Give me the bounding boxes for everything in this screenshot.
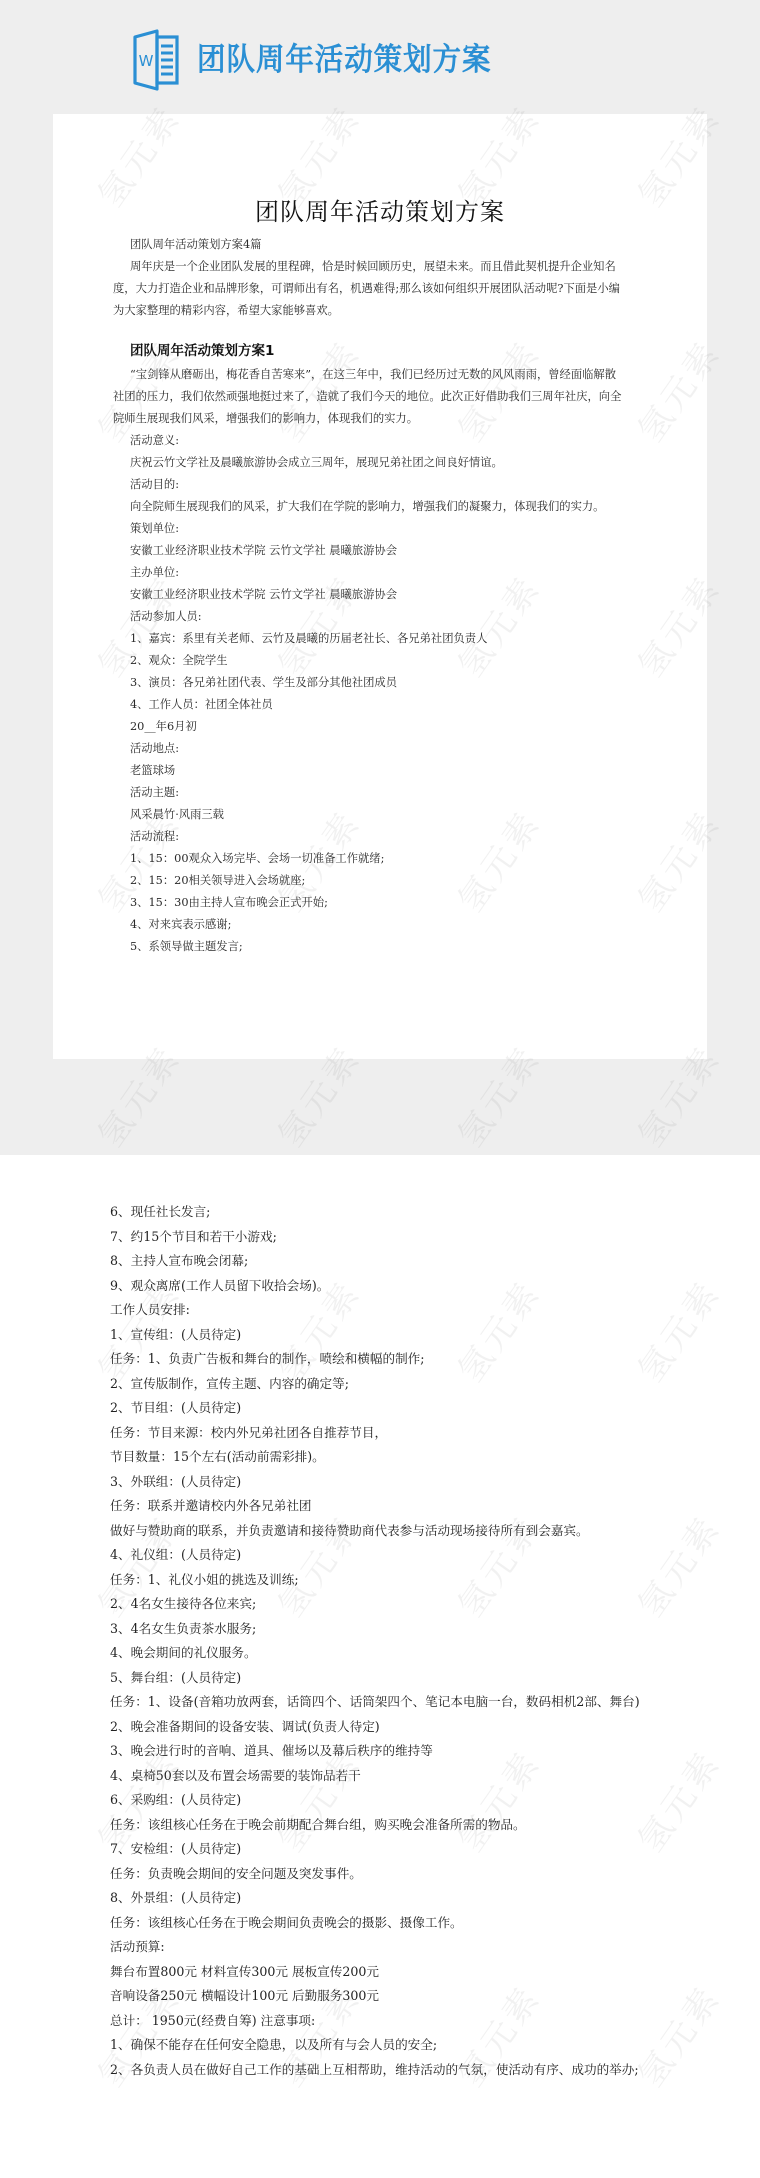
- paragraph-line: 向全院师生展现我们的风采，扩大我们在学院的影响力，增强我们的凝聚力，体现我们的实…: [130, 499, 604, 515]
- paragraph-line: 4、桌椅50套以及布置会场需要的装饰品若干: [110, 1767, 361, 1785]
- header-title: 团队周年活动策划方案: [197, 45, 491, 76]
- paragraph-line: 任务：该组核心任务在于晚会前期配合舞台组，购买晚会准备所需的物品。: [110, 1816, 526, 1834]
- paragraph-line: 总计： 1950元(经费自筹) 注意事项:: [110, 2012, 315, 2030]
- paragraph-line: 4、晚会期间的礼仪服务。: [110, 1644, 257, 1662]
- paragraph-line: 主办单位:: [130, 565, 179, 581]
- paragraph-line: 活动意义:: [130, 433, 179, 449]
- paragraph-line: 做好与赞助商的联系，并负责邀请和接待赞助商代表参与活动现场接待所有到会嘉宾。: [110, 1522, 589, 1540]
- paragraph-line: 3、4名女生负责茶水服务;: [110, 1620, 256, 1638]
- paragraph-line: 活动地点:: [130, 741, 179, 757]
- paragraph-line: 3、15：30由主持人宣布晚会正式开始;: [130, 895, 328, 911]
- paragraph-line: 安徽工业经济职业技术学院 云竹文学社 晨曦旅游协会: [130, 543, 397, 559]
- paragraph-line: 老篮球场: [130, 763, 175, 779]
- paragraph-line: 5、舞台组：(人员待定): [110, 1669, 241, 1687]
- document-title: 团队周年活动策划方案: [53, 192, 707, 227]
- paragraph-line: 3、外联组：(人员待定): [110, 1473, 241, 1491]
- paragraph-line: 2、宣传版制作，宣传主题、内容的确定等;: [110, 1375, 349, 1393]
- paragraph-line: 6、现任社长发言;: [110, 1203, 210, 1221]
- document-page-1: 团队周年活动策划方案 团队周年活动策划方案4篇周年庆是一个企业团队发展的里程碑，…: [53, 114, 707, 1059]
- paragraph-line: 度，大力打造企业和品牌形象，可谓师出有名，机遇难得;那么该如何组织开展团队活动呢…: [113, 281, 620, 297]
- paragraph-line: 活动目的:: [130, 477, 179, 493]
- paragraph-line: 安徽工业经济职业技术学院 云竹文学社 晨曦旅游协会: [130, 587, 397, 603]
- paragraph-line: 团队周年活动策划方案4篇: [130, 237, 261, 253]
- paragraph-line: 1、15：00观众入场完毕、会场一切准备工作就绪;: [130, 851, 384, 867]
- paragraph-line: 2、各负责人员在做好自己工作的基础上互相帮助，维持活动的气氛，使活动有序、成功的…: [110, 2061, 639, 2079]
- paragraph-line: 工作人员安排:: [110, 1301, 190, 1319]
- paragraph-line: 1、确保不能存在任何安全隐患，以及所有与会人员的安全;: [110, 2036, 437, 2054]
- paragraph-line: 7、约15个节目和若干小游戏;: [110, 1228, 277, 1246]
- paragraph-line: 音响设备250元 横幅设计100元 后勤服务300元: [110, 1987, 379, 2005]
- paragraph-line: 7、安检组：(人员待定): [110, 1840, 241, 1858]
- paragraph-line: 舞台布置800元 材料宣传300元 展板宣传200元: [110, 1963, 379, 1981]
- paragraph-line: 周年庆是一个企业团队发展的里程碑，恰是时候回顾历史，展望未来。而且借此契机提升企…: [130, 259, 616, 275]
- paragraph-line: 院师生展现我们风采，增强我们的影响力，体现我们的实力。: [113, 411, 418, 427]
- paragraph-line: 3、演员：各兄弟社团代表、学生及部分其他社团成员: [130, 675, 397, 691]
- paragraph-line: 任务：1、负责广告板和舞台的制作，喷绘和横幅的制作;: [110, 1350, 425, 1368]
- paragraph-line: 4、对来宾表示感谢;: [130, 917, 231, 933]
- paragraph-line: 任务：1、设备(音箱功放两套，话筒四个、话筒架四个、笔记本电脑一台，数码相机2部…: [110, 1693, 640, 1711]
- paragraph-line: 为大家整理的精彩内容，希望大家能够喜欢。: [113, 303, 339, 319]
- paragraph-line: “宝剑锋从磨砺出，梅花香自苦寒来”，在这三年中，我们已经历过无数的风风雨雨，曾经…: [130, 367, 616, 383]
- paragraph-line: 活动参加人员:: [130, 609, 202, 625]
- paragraph-line: 2、晚会准备期间的设备安装、调试(负责人待定): [110, 1718, 380, 1736]
- paragraph-line: 2、节目组：(人员待定): [110, 1399, 241, 1417]
- document-page-2: 6、现任社长发言;7、约15个节目和若干小游戏;8、主持人宣布晚会闭幕;9、观众…: [0, 1155, 760, 2178]
- word-document-icon: W: [133, 29, 179, 91]
- paragraph-line: 20__年6月初: [130, 719, 197, 735]
- paragraph-line: 活动主题:: [130, 785, 179, 801]
- paragraph-line: 任务：联系并邀请校内外各兄弟社团: [110, 1497, 312, 1515]
- paragraph-line: 任务：节目来源：校内外兄弟社团各自推荐节目，: [110, 1424, 387, 1442]
- paragraph-line: 任务：该组核心任务在于晚会期间负责晚会的摄影、摄像工作。: [110, 1914, 463, 1932]
- paragraph-line: 策划单位:: [130, 521, 179, 537]
- paragraph-line: 5、系领导做主题发言;: [130, 939, 243, 955]
- paragraph-line: 9、观众离席(工作人员留下收拾会场)。: [110, 1277, 329, 1295]
- paragraph-line: 活动流程:: [130, 829, 179, 845]
- paragraph-line: 8、主持人宣布晚会闭幕;: [110, 1252, 248, 1270]
- paragraph-line: 4、工作人员：社团全体社员: [130, 697, 273, 713]
- paragraph-line: 1、嘉宾：系里有关老师、云竹及晨曦的历届老社长、各兄弟社团负责人: [130, 631, 487, 647]
- paragraph-line: 6、采购组：(人员待定): [110, 1791, 241, 1809]
- paragraph-line: 2、观众：全院学生: [130, 653, 228, 669]
- svg-text:W: W: [139, 52, 154, 70]
- paragraph-line: 任务：负责晚会期间的安全问题及突发事件。: [110, 1865, 362, 1883]
- paragraph-line: 3、晚会进行时的音响、道具、催场以及幕后秩序的维持等: [110, 1742, 433, 1760]
- paragraph-line: 风采晨竹·风雨三载: [130, 807, 224, 823]
- document-header: W 团队周年活动策划方案: [133, 30, 517, 90]
- paragraph-line: 社团的压力，我们依然顽强地挺过来了，造就了我们今天的地位。此次正好借助我们三周年…: [113, 389, 621, 405]
- paragraph-line: 2、4名女生接待各位来宾;: [110, 1595, 256, 1613]
- paragraph-line: 活动预算:: [110, 1938, 165, 1956]
- paragraph-line: 8、外景组：(人员待定): [110, 1889, 241, 1907]
- paragraph-line: 节目数量：15个左右(活动前需彩排)。: [110, 1448, 325, 1466]
- paragraph-line: 2、15：20相关领导进入会场就座;: [130, 873, 305, 889]
- paragraph-line: 庆祝云竹文学社及晨曦旅游协会成立三周年，展现兄弟社团之间良好情谊。: [130, 455, 503, 471]
- paragraph-line: 4、礼仪组：(人员待定): [110, 1546, 241, 1564]
- section-heading: 团队周年活动策划方案1: [130, 343, 274, 359]
- paragraph-line: 任务：1、礼仪小姐的挑选及训练;: [110, 1571, 299, 1589]
- paragraph-line: 1、宣传组：(人员待定): [110, 1326, 241, 1344]
